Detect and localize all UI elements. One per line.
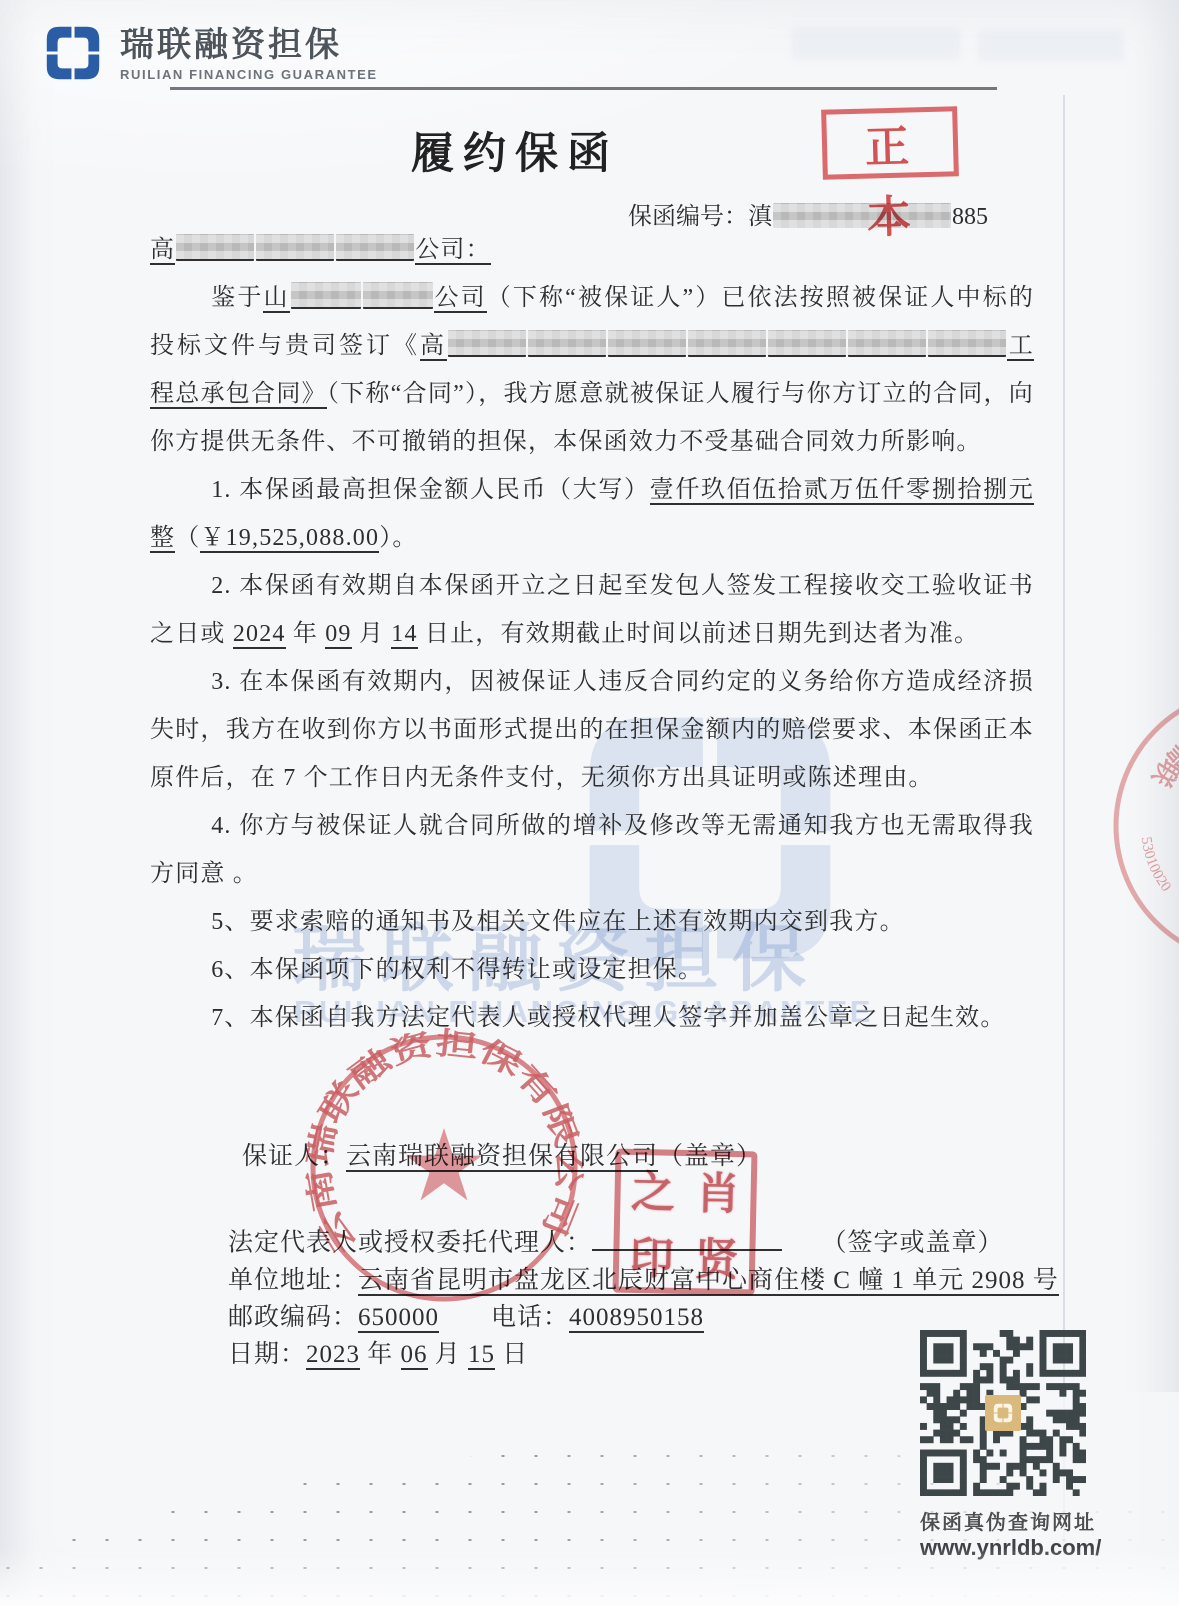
seal-character: 贤 xyxy=(684,1222,750,1289)
header-rule xyxy=(170,87,997,90)
qr-caption: 保函真伪查询网址 xyxy=(920,1506,1101,1535)
text-segment: 公司： xyxy=(415,237,491,265)
redacted-text xyxy=(256,234,334,261)
company-round-seal: 云南瑞联融资担保有限公司 xyxy=(298,1022,590,1314)
text-segment: ￥19,525,088.00 xyxy=(200,525,379,553)
text-segment: （签字或盖章） xyxy=(782,1230,1004,1257)
brand-name-cn: 瑞联融资担保 xyxy=(120,25,378,65)
redacted-text xyxy=(176,234,254,261)
text-segment: 1. 本保函最高担保金额人民币（大写） xyxy=(211,477,649,503)
seal-character: 肖 xyxy=(685,1156,751,1223)
redacted-text xyxy=(688,330,766,357)
text-segment: 公司 xyxy=(434,285,487,313)
personal-name-seal: 之肖印贤 xyxy=(613,1149,758,1296)
body-text: 高公司：鉴于山公司（下称“被保证人”）已依法按照被保证人中标的投标文件与贵司签订… xyxy=(150,226,1034,1042)
text-segment: 6、本保函项下的权利不得转让或设定担保。 xyxy=(211,957,703,983)
clause-1: 1. 本保函最高担保金额人民币（大写）壹仟玖佰伍拾贰万伍仟零捌拾捌元整（￥19,… xyxy=(150,466,1034,562)
text-segment: 09 xyxy=(325,621,351,649)
text-segment: 2023 xyxy=(306,1341,360,1370)
redacted-text xyxy=(363,282,433,309)
text-segment: 3. 在本保函有效期内，因被保证人违反合同约定的义务给你方造成经济损失时，我方在… xyxy=(150,669,1034,791)
text-segment: 日期： xyxy=(228,1341,306,1368)
side-seal-code: 53010020 xyxy=(1138,836,1174,895)
original-copy-stamp: 正本 xyxy=(821,106,959,180)
seal-character: 印 xyxy=(619,1221,685,1288)
text-segment: 15 xyxy=(468,1341,495,1370)
seal-character: 之 xyxy=(620,1155,686,1222)
bleedthrough-ghost xyxy=(978,30,1124,62)
text-segment: 2024 xyxy=(233,621,286,649)
qr-center-logo xyxy=(985,1395,1021,1431)
clause-3: 3. 在本保函有效期内，因被保证人违反合同约定的义务给你方造成经济损失时，我方在… xyxy=(150,658,1034,802)
text-segment: 年 xyxy=(286,621,326,647)
text-segment: 高 xyxy=(420,333,447,361)
text-segment: 5、要求索赔的通知书及相关文件应在上述有效期内交到我方。 xyxy=(211,909,905,935)
qr-logo-icon xyxy=(990,1400,1016,1426)
clause-6: 6、本保函项下的权利不得转让或设定担保。 xyxy=(150,946,1034,994)
text-segment: 月 xyxy=(352,621,392,647)
redacted-text xyxy=(528,330,606,357)
text-segment: 高 xyxy=(150,237,175,265)
redacted-text xyxy=(928,330,1006,357)
redacted-text xyxy=(448,330,526,357)
redacted-text xyxy=(291,282,361,309)
clause-2: 2. 本保函有效期自本保函开立之日起至发包人签发工程接收交工验收证书之日或 20… xyxy=(150,562,1034,658)
intro-paragraph: 鉴于山公司（下称“被保证人”）已依法按照被保证人中标的投标文件与贵司签订《高工程… xyxy=(150,274,1034,466)
svg-text:53010020: 53010020 xyxy=(1138,836,1174,895)
clause-4: 4. 你方与被保证人就合同所做的增补及修改等无需通知我方也无需取得我方同意 。 xyxy=(150,802,1034,898)
qr-block: 保函真伪查询网址 www.ynrldb.com/ xyxy=(920,1330,1101,1561)
redacted-text xyxy=(768,330,846,357)
redacted-text xyxy=(336,234,414,261)
text-segment: 日 xyxy=(495,1341,528,1368)
text-segment: 4. 你方与被保证人就合同所做的增补及修改等无需通知我方也无需取得我方同意 。 xyxy=(150,813,1034,887)
text-segment: 年 xyxy=(360,1341,401,1368)
text-segment: （ xyxy=(175,525,200,551)
header-logo: 瑞联融资担保 RUILIAN FINANCING GUARANTEE xyxy=(36,16,378,90)
text-segment: 06 xyxy=(401,1341,428,1370)
text-segment: 月 xyxy=(428,1341,469,1368)
brand-name-en: RUILIAN FINANCING GUARANTEE xyxy=(120,67,378,82)
brand-logo-icon xyxy=(36,16,110,90)
document-page: 瑞联融资担保 RUILIAN FINANCING GUARANTEE 瑞联融资担… xyxy=(0,0,1179,1606)
text-segment: 14 xyxy=(391,621,417,649)
side-partial-seal: 云南瑞联 53010020 xyxy=(1042,676,1179,976)
paper-bottom-fade xyxy=(0,1548,1179,1606)
text-segment: 鉴于 xyxy=(211,285,263,311)
text-segment: 山 xyxy=(263,285,289,313)
bleedthrough-ghost xyxy=(792,28,960,60)
qr-code xyxy=(920,1330,1086,1496)
text-segment: ）。 xyxy=(379,525,417,551)
clause-7: 7、本保函自我方法定代表人或授权代理人签字并加盖公章之日起生效。 xyxy=(150,994,1034,1042)
redacted-text xyxy=(608,330,686,357)
redacted-text xyxy=(848,330,926,357)
clause-5: 5、要求索赔的通知书及相关文件应在上述有效期内交到我方。 xyxy=(150,898,1034,946)
text-segment: 日止，有效期截止时间以前述日期先到达者为准。 xyxy=(418,621,980,647)
